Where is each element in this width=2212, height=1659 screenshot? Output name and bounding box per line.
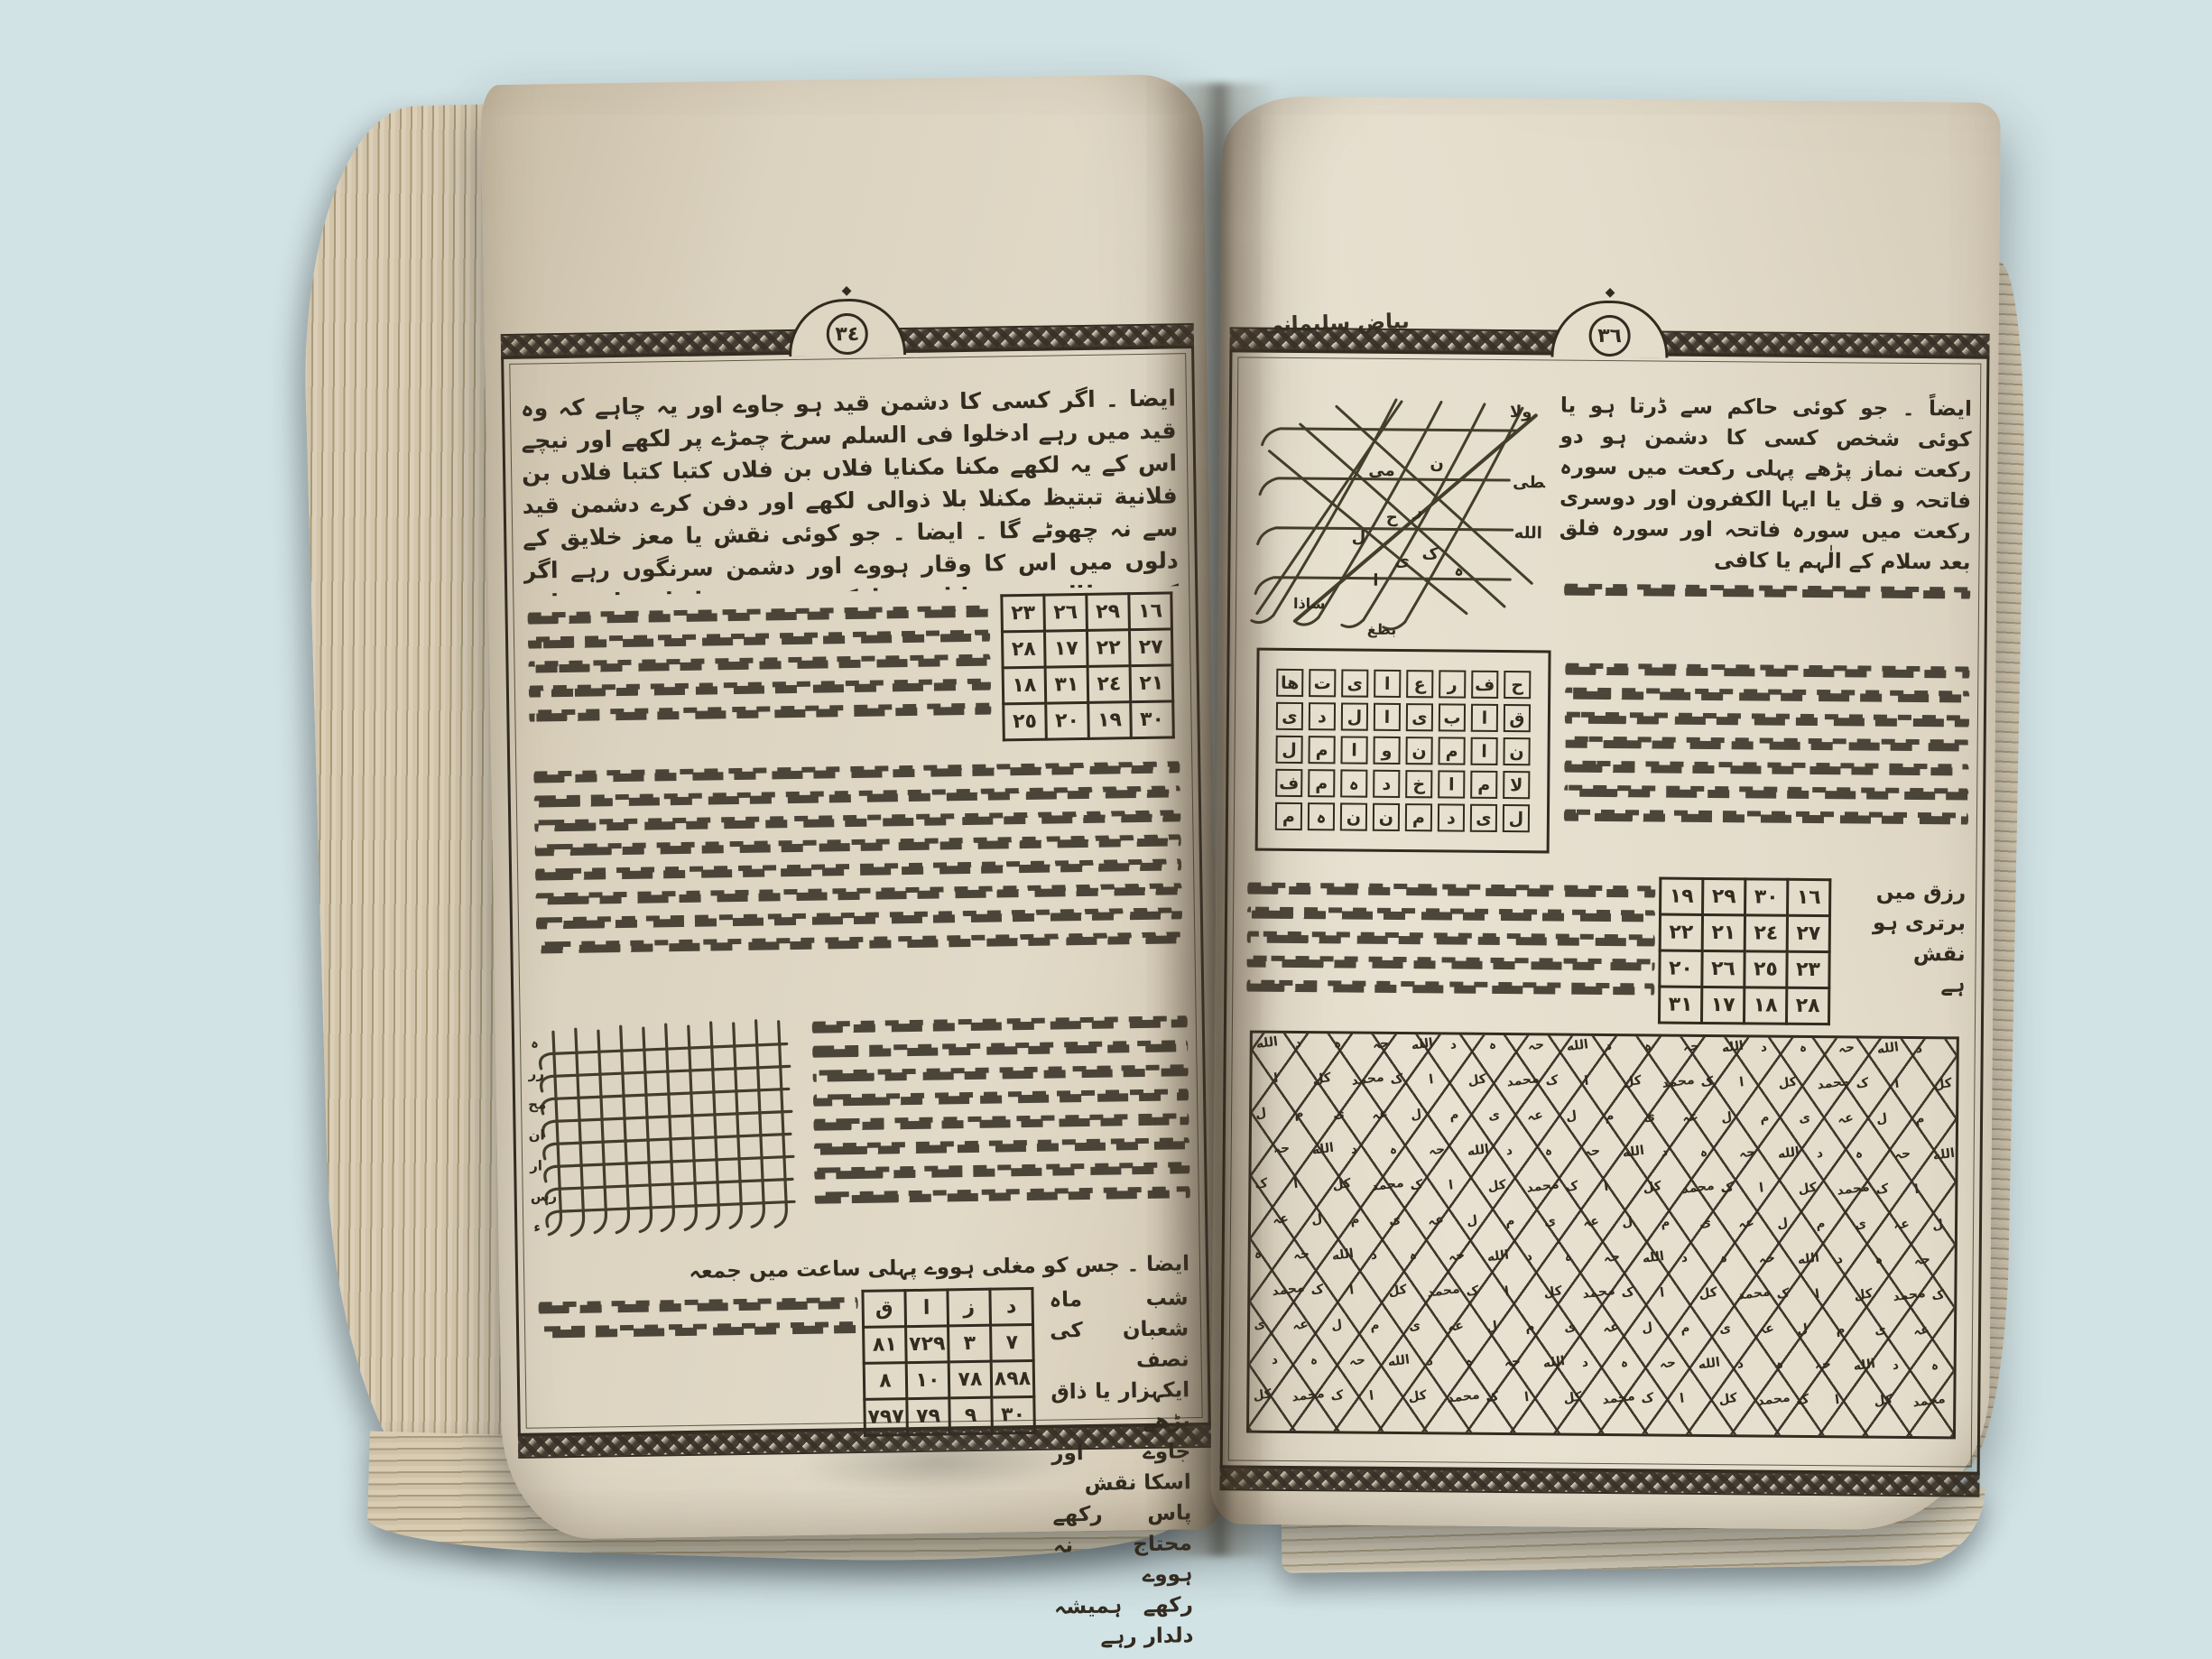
lattice-letter: ک — [1389, 1071, 1403, 1088]
left-paragraph-top: ایضا ۔ اگر کسی کا دشمن قید ہو جاوے اور ی… — [521, 382, 1179, 596]
talisman-word: اعطی — [1513, 473, 1546, 492]
grid-cell: ا — [1374, 670, 1401, 698]
talisman-letter: ی — [1394, 551, 1410, 570]
left-bottom-line: پاس رکھے محتاج نہ ہووے — [1052, 1497, 1193, 1591]
grid-cell: ٢٠ — [1046, 702, 1089, 739]
talisman-letter: ن — [1430, 454, 1444, 473]
grid-cell: ہ — [1308, 802, 1335, 830]
lattice-letter: حہ — [1682, 1039, 1700, 1055]
talisman-letter: ک — [1421, 544, 1439, 563]
grid-cell: ٢٧ — [1129, 629, 1172, 666]
lattice-letter: محمد — [1736, 1284, 1771, 1303]
lattice-letter: ہ — [1699, 1145, 1708, 1160]
script-line — [814, 1135, 1189, 1159]
grid-cell: ٧٩٧ — [865, 1399, 908, 1436]
lattice-letter: الله — [1411, 1036, 1434, 1053]
lattice-letter: عہ — [1447, 1318, 1465, 1334]
script-line — [528, 627, 990, 653]
lattice-letter: الله — [1876, 1040, 1900, 1057]
lattice-letter: د — [1605, 1039, 1613, 1054]
script-line — [529, 700, 991, 726]
grid-cell: ٢٩ — [1703, 878, 1745, 914]
lattice-letter: محمد — [1601, 1389, 1635, 1408]
grid-cell: ١٦ — [1788, 879, 1830, 915]
photo-of-open-book: ٣٤ ایضا ۔ اگر کسی کا دشمن قید ہو جاوے او… — [0, 0, 2212, 1659]
lattice-letter: کل — [1311, 1070, 1332, 1088]
lattice-side-letter: مح — [528, 1096, 546, 1112]
lattice-letter: ا — [1448, 1178, 1454, 1192]
script-line — [1564, 783, 1968, 804]
lattice-letter: کل — [1331, 1176, 1352, 1193]
lattice-letter: ل — [1565, 1108, 1578, 1124]
lattice-letter: ا — [1814, 1287, 1820, 1302]
talisman-word: ولا — [1510, 403, 1532, 422]
script-line — [1247, 904, 1655, 926]
grid-cell: ٣ — [949, 1325, 992, 1362]
grid-cell: ٨٩٨ — [991, 1360, 1034, 1397]
right-paragraph-top-text: ایضاً ۔ جو کوئی حاکم سے ڈرتا ہو یا کوئی … — [1555, 391, 1976, 579]
lattice-letter: ل — [1796, 1321, 1809, 1337]
lattice-letter: حہ — [1273, 1141, 1291, 1157]
lattice-letter: ک — [1465, 1284, 1479, 1300]
talisman-letter: ا — [1373, 571, 1378, 590]
lattice-side-letter: ان — [529, 1126, 545, 1143]
grid-cell: و — [1373, 737, 1400, 765]
lattice-letter: محمد — [1506, 1071, 1541, 1090]
lattice-letter: ہ — [1409, 1248, 1418, 1264]
left-page-ornament-frame: ٣٤ ایضا ۔ اگر کسی کا دشمن قید ہو جاوے او… — [501, 345, 1211, 1437]
left-bottom-line: شب ماہ شعبان کی نصف — [1049, 1283, 1189, 1376]
grid-cell: ب — [1439, 703, 1466, 731]
right-paragraph-top-filler — [1555, 581, 1974, 603]
script-line — [1246, 953, 1654, 975]
lattice-letter: ک — [1775, 1286, 1790, 1302]
left-page: ٣٤ ایضا ۔ اگر کسی کا دشمن قید ہو جاوے او… — [480, 74, 1225, 1540]
grid-cell: ر — [1439, 670, 1466, 698]
script-line — [539, 1319, 858, 1342]
script-line — [1565, 685, 1969, 707]
left-page-number: ٣٤ — [826, 313, 868, 356]
lattice-letter: ا — [1679, 1392, 1685, 1406]
grid-cell: ا — [1340, 736, 1367, 764]
lattice-letter: محمد — [1836, 1180, 1870, 1199]
lattice-letter: ا — [1603, 1180, 1609, 1194]
lattice-letter: الله — [1797, 1250, 1820, 1267]
grid-cell: د — [1438, 803, 1465, 831]
lattice-letter: ا — [1583, 1074, 1589, 1089]
lattice-letter: الله — [1542, 1354, 1566, 1371]
lattice-letter: الله — [1721, 1039, 1745, 1056]
lattice-letter: ک — [1640, 1391, 1654, 1407]
grid-cell: ٢٥ — [1004, 703, 1047, 740]
lattice-letter: د — [1661, 1145, 1669, 1160]
script-line — [1565, 661, 1969, 682]
script-line — [535, 880, 1181, 908]
lattice-letter: ا — [1523, 1390, 1530, 1404]
lattice-letter: کل — [1387, 1283, 1408, 1300]
lattice-letter: حہ — [1527, 1037, 1545, 1053]
lattice-letter: حہ — [1448, 1247, 1466, 1264]
lattice-letter: ل — [1410, 1107, 1422, 1122]
lattice-letter: ہ — [1643, 1039, 1652, 1054]
grid-cell: ١٨ — [1003, 667, 1046, 704]
lattice-letter: م — [1504, 1213, 1515, 1228]
lattice-letter: ا — [1913, 1182, 1920, 1197]
lattice-letter: ک — [1485, 1389, 1499, 1405]
left-square-side-text — [518, 593, 995, 758]
grid-cell: ن — [1405, 737, 1432, 765]
grid-cell: ت — [1309, 669, 1336, 697]
lattice-letter: ی — [1563, 1320, 1577, 1336]
lattice-letter: ک — [1699, 1074, 1714, 1090]
lattice-letter: ا — [1504, 1284, 1510, 1299]
talisman-word: بطغ — [1367, 621, 1397, 638]
lattice-letter: محمد — [1911, 1392, 1946, 1411]
lattice-letter: ا — [1834, 1393, 1840, 1407]
lattice-letter: د — [1736, 1357, 1745, 1372]
right-row-square: ١٩٢٩٣٠١٦٢٢٢١٢٤٢٧٢٠٢٦٢٥٢٣٣١١٧١٨٢٨ رزق میں… — [1237, 871, 1971, 1027]
lattice-letter: ہ — [1620, 1356, 1629, 1371]
lattice-letter: د — [1294, 1036, 1302, 1052]
grid-cell: م — [1470, 771, 1497, 799]
script-line — [529, 676, 991, 701]
lattice-letter: ک — [1874, 1182, 1889, 1198]
grid-cell: ٢٤ — [1087, 666, 1131, 703]
lattice-letter: ک — [1544, 1073, 1559, 1089]
lattice-letter: د — [1816, 1146, 1824, 1162]
lattice-letter: کل — [1486, 1178, 1507, 1195]
lattice-letter: م — [1914, 1111, 1925, 1126]
grid-cell: لا — [1503, 771, 1530, 799]
lattice-letter: عہ — [1526, 1108, 1544, 1124]
script-line — [1247, 929, 1655, 950]
lattice-letter: کل — [1797, 1181, 1818, 1198]
left-caption-line: ایضا ۔ جس کو مغلی ہووے پہلی ساعت میں جمع… — [534, 1248, 1189, 1289]
lattice-letter: حہ — [1348, 1352, 1366, 1368]
lattice-letter: کل — [1542, 1284, 1563, 1301]
lattice-letter: عہ — [1837, 1110, 1855, 1126]
right-number-square: ١٩٢٩٣٠١٦٢٢٢١٢٤٢٧٢٠٢٦٢٥٢٣٣١١٧١٨٢٨ — [1658, 876, 1837, 1027]
lattice-letter: ہ — [1488, 1037, 1497, 1052]
right-paragraph-top: ایضاً ۔ جو کوئی حاکم سے ڈرتا ہو یا کوئی … — [1555, 391, 1976, 649]
grid-cell: ی — [1470, 804, 1497, 832]
grid-cell: ٢٦ — [1702, 950, 1745, 987]
grid-cell: ن — [1503, 737, 1530, 765]
lattice-letter: کل — [1853, 1286, 1874, 1303]
grid-cell: ٢١ — [1130, 665, 1173, 702]
script-line — [814, 1159, 1189, 1183]
grid-cell: ٢٩ — [1087, 594, 1130, 631]
grid-cell: ٢١ — [1702, 914, 1745, 950]
script-line — [813, 1061, 1189, 1086]
right-letter-grid: هاتیاعرفحیدلایباقلماونمانفمہدخاملامہننمد… — [1255, 648, 1551, 854]
lattice-letter: ہ — [1465, 1354, 1474, 1369]
grid-cell: ٢٠ — [1660, 950, 1702, 987]
right-row-lettergrid: هاتیاعرفحیدلایباقلماونمانفمہدخاملامہننمد… — [1238, 647, 1973, 872]
grid-cell: ٢٣ — [1787, 951, 1829, 987]
grid-cell: ٣٠ — [1131, 701, 1174, 738]
right-page: بیاض سلیمانی ٣٦ — [1210, 96, 2001, 1530]
right-lattice-figure: اللهدہحہاللهدہحہاللهدہحہاللهدہحہاللهداکل… — [1246, 1031, 1959, 1440]
lattice-letter: د — [1350, 1142, 1358, 1157]
lattice-letter: ل — [1641, 1321, 1653, 1336]
left-lattice-figure: ہ رر مح ان ار رس ء — [525, 1011, 807, 1256]
lattice-letter: حہ — [1603, 1249, 1621, 1265]
grid-cell: ا — [1470, 737, 1497, 765]
lattice-letter: ی — [1854, 1217, 1867, 1233]
lattice-letter: حہ — [1814, 1357, 1832, 1373]
grid-cell: ٢٢ — [1087, 630, 1130, 667]
script-line — [1246, 978, 1654, 999]
right-margin-line: برتری ہو — [1843, 907, 1966, 939]
grid-cell: ق — [863, 1291, 906, 1328]
lattice-letter: کل — [1698, 1285, 1718, 1302]
lattice-letter: عہ — [1681, 1109, 1699, 1126]
grid-cell: ٨ — [864, 1363, 907, 1400]
lattice-letter: ک — [1254, 1176, 1268, 1192]
left-bottom-left-text — [529, 1288, 864, 1447]
lattice-letter: ا — [1738, 1075, 1745, 1089]
left-bottom-lines: شب ماہ شعبان کی نصف ایکہزار یا ذاق پڑھے … — [1041, 1283, 1198, 1439]
grid-cell: ف — [1275, 769, 1302, 797]
lattice-letter: کل — [1562, 1389, 1583, 1406]
lattice-letter: ی — [1643, 1109, 1656, 1126]
lattice-letter: الله — [1255, 1034, 1279, 1052]
lattice-letter: ہ — [1719, 1251, 1728, 1266]
lattice-letter: ہ — [1775, 1357, 1784, 1372]
lattice-letter: ہ — [1544, 1144, 1553, 1159]
lattice-letter: ی — [1253, 1317, 1266, 1333]
lattice-letter: م — [1349, 1212, 1360, 1228]
grid-cell: ی — [1276, 702, 1303, 730]
lattice-letter: ی — [1698, 1215, 1712, 1231]
grid-cell: ٢٦ — [1044, 594, 1087, 631]
right-row-talisman: ن می ح ر ل ی ک ا ہ ولا اعطی الله — [1241, 387, 1976, 648]
grid-cell: م — [1275, 802, 1302, 830]
script-line — [1564, 758, 1968, 780]
right-margin-line: ہے — [1842, 969, 1965, 1000]
lattice-letter: ی — [1487, 1108, 1501, 1124]
lattice-letter: م — [1369, 1318, 1380, 1333]
lattice-letter: حہ — [1292, 1247, 1310, 1263]
grid-cell: د — [990, 1288, 1033, 1325]
script-line — [815, 1183, 1190, 1208]
lattice-letter: ی — [1798, 1110, 1811, 1126]
lattice-letter: ل — [1776, 1216, 1789, 1231]
lattice-letter: کل — [1622, 1073, 1643, 1090]
grid-cell: ح — [1504, 671, 1531, 699]
lattice-letter: عہ — [1757, 1321, 1775, 1337]
lattice-letter: الله — [1486, 1247, 1510, 1265]
lattice-letter: الله — [1311, 1141, 1335, 1158]
lattice-letter: کل — [1252, 1386, 1273, 1404]
lattice-letter: الله — [1387, 1353, 1411, 1370]
grid-cell: ٢٢ — [1660, 914, 1702, 950]
lattice-letter: د — [1271, 1352, 1279, 1367]
left-bottom-square: قازد٨١٧٢٩٣٧٨١٠٧٨٨٩٨٧٩٧٧٩٩٣٠ — [861, 1285, 1044, 1441]
lattice-letter: م — [1759, 1110, 1770, 1126]
grid-cell: ل — [1503, 804, 1530, 832]
right-page-number: ٣٦ — [1588, 315, 1630, 357]
grid-cell: ٧٩ — [907, 1398, 950, 1435]
grid-cell: م — [1308, 736, 1335, 764]
lattice-letter: ا — [1368, 1389, 1374, 1404]
lattice-letter: ہ — [1254, 1247, 1263, 1262]
lattice-letter: عہ — [1602, 1320, 1620, 1336]
lattice-letter: محمد — [1817, 1074, 1851, 1093]
grid-cell: خ — [1405, 770, 1432, 798]
lattice-letter: حہ — [1583, 1144, 1601, 1160]
lattice-letter: م — [1293, 1106, 1304, 1121]
lattice-letter: ی — [1332, 1107, 1346, 1123]
grid-cell: م — [1308, 769, 1335, 797]
lattice-letter: ک — [1620, 1284, 1634, 1301]
grid-cell: ا — [1374, 703, 1401, 731]
lattice-letter: حہ — [1913, 1252, 1931, 1268]
talisman-word: ساذا — [1293, 595, 1326, 612]
talisman-letter: می — [1368, 461, 1395, 480]
lattice-letter: ل — [1621, 1215, 1634, 1230]
lattice-letter: عہ — [1272, 1211, 1290, 1228]
grid-cell: ١٩ — [1661, 878, 1703, 914]
lattice-letter: محمد — [1426, 1282, 1460, 1301]
script-line — [1565, 734, 1969, 755]
lattice-letter: ل — [1875, 1111, 1888, 1126]
grid-cell: ها — [1276, 669, 1303, 697]
right-bottom-ornament-band — [1219, 1465, 1979, 1497]
lattice-letter: ک — [1310, 1282, 1324, 1298]
lattice-letter: ہ — [1799, 1040, 1808, 1055]
grid-cell: ٧ — [991, 1324, 1034, 1361]
grid-cell: ١٧ — [1701, 987, 1744, 1023]
lattice-letter: کل — [1873, 1392, 1893, 1409]
lattice-letter: الله — [1622, 1144, 1645, 1161]
lattice-letter: حہ — [1428, 1142, 1446, 1158]
lattice-letter: الله — [1932, 1146, 1956, 1163]
lattice-letter: عہ — [1893, 1217, 1911, 1233]
lattice-side-letter: رس — [531, 1188, 558, 1204]
grid-cell: ا — [1438, 770, 1465, 798]
lattice-letter: ا — [1292, 1177, 1299, 1191]
grid-cell: ٢٨ — [1786, 987, 1828, 1024]
grid-cell: ٢٨ — [1002, 631, 1045, 668]
lattice-letter: عہ — [1427, 1212, 1445, 1228]
lattice-letter: د — [1915, 1042, 1923, 1057]
right-margin-line: رزق میں — [1843, 876, 1966, 908]
lattice-letter: کل — [1467, 1071, 1487, 1089]
lattice-letter: محمد — [1581, 1284, 1615, 1302]
script-line — [534, 807, 1180, 835]
lattice-side-letter: ء — [533, 1219, 541, 1235]
lattice-letter: محمد — [1271, 1281, 1305, 1300]
lattice-letter: د — [1505, 1144, 1513, 1159]
right-margin-lines: رزق میں برتری ہو نقش ہے — [1837, 876, 1971, 1027]
lattice-letter: م — [1815, 1216, 1826, 1231]
lattice-letter: ی — [1543, 1214, 1557, 1230]
lattice-letter: ل — [1720, 1109, 1733, 1125]
lattice-letter: م — [1680, 1321, 1690, 1336]
lattice-letter: ہ — [1930, 1358, 1939, 1374]
lattice-letter: ل — [1254, 1106, 1267, 1121]
left-page-content: ایضا ۔ اگر کسی کا دشمن قید ہو جاوے اور ی… — [515, 380, 1198, 1421]
talisman-letter: ح — [1386, 508, 1398, 527]
right-page-content: ن می ح ر ل ی ک ا ہ ولا اعطی الله — [1234, 384, 1976, 1460]
grid-cell: ا — [1471, 704, 1498, 732]
script-line — [812, 1013, 1188, 1037]
lattice-letter: ہ — [1564, 1249, 1573, 1265]
grid-cell: ٢٣ — [1002, 595, 1045, 632]
lattice-letter: ک — [1930, 1287, 1945, 1303]
lattice-letter: محمد — [1351, 1070, 1385, 1089]
script-line — [535, 831, 1181, 859]
lattice-letter: الله — [1698, 1356, 1721, 1373]
left-bottom-line: رکھے ہمیشہ دلدار رہے — [1054, 1589, 1194, 1653]
lattice-letter: ہ — [1389, 1142, 1398, 1157]
lattice-letter: ک — [1855, 1076, 1869, 1092]
left-page-dome-ornament: ٣٤ — [788, 298, 906, 357]
left-lattice-side-text — [803, 1005, 1195, 1251]
lattice-letter: ہ — [1855, 1146, 1864, 1162]
lattice-letter: کل — [1932, 1076, 1953, 1093]
script-line — [528, 652, 990, 677]
grid-cell: ٣٠ — [1745, 879, 1788, 915]
grid-cell: ن — [1373, 803, 1400, 831]
script-line — [534, 783, 1180, 811]
left-row-lattice: ہ رر مح ان ار رس ء — [525, 1005, 1195, 1256]
left-row-square: ٢٣٢٦٢٩١٦٢٨١٧٢٢٢٧١٨٣١٢٤٢١٢٥٢٠١٩٣٠ — [518, 589, 1187, 758]
lattice-letter: عہ — [1371, 1107, 1389, 1123]
script-line — [1564, 581, 1970, 603]
lattice-side-letter: ہ — [531, 1035, 539, 1052]
lattice-letter: ک — [1564, 1179, 1578, 1195]
grid-cell: ہ — [1340, 769, 1367, 797]
lattice-letter: ہ — [1310, 1353, 1319, 1368]
left-row-bottom: قازد٨١٧٢٩٣٧٨١٠٧٨٨٩٨٧٩٧٧٩٩٣٠ شب ماہ شعبان… — [529, 1283, 1198, 1447]
lattice-letter: ک — [1409, 1177, 1423, 1193]
lattice-letter: د — [1426, 1354, 1434, 1369]
lattice-letter: ل — [1330, 1318, 1343, 1333]
lattice-letter: ل — [1466, 1213, 1478, 1228]
lattice-letter: محمد — [1756, 1390, 1791, 1409]
lattice-letter: محمد — [1661, 1072, 1696, 1091]
lattice-letter: د — [1680, 1250, 1689, 1265]
lattice-letter: حہ — [1758, 1250, 1776, 1266]
script-line — [536, 904, 1182, 932]
script-line — [528, 603, 990, 628]
lattice-letter: ا — [1893, 1077, 1900, 1091]
talisman-letter: ہ — [1454, 561, 1464, 580]
right-talisman-figure: ن می ح ر ل ی ک ا ہ ولا اعطی الله — [1241, 387, 1557, 644]
script-line — [1247, 880, 1655, 902]
lattice-letter: د — [1449, 1037, 1458, 1052]
lattice-letter: کل — [1642, 1179, 1662, 1196]
grid-cell: ع — [1406, 670, 1433, 698]
lattice-letter: محمد — [1680, 1179, 1715, 1198]
grid-cell: ف — [1471, 671, 1498, 699]
lattice-letter: د — [1836, 1252, 1844, 1267]
lattice-letter: محمد — [1371, 1176, 1405, 1195]
script-line — [1564, 807, 1968, 829]
lattice-letter: ک — [1795, 1392, 1809, 1408]
script-line — [1565, 709, 1969, 731]
lattice-letter: الله — [1777, 1145, 1800, 1162]
grid-cell: ق — [1504, 704, 1531, 732]
lattice-letter: محمد — [1526, 1177, 1560, 1196]
lattice-side-letter: رر — [527, 1065, 544, 1081]
grid-cell: ی — [1341, 669, 1368, 697]
right-square-left-text — [1237, 871, 1659, 1024]
lattice-letter: حہ — [1504, 1354, 1522, 1370]
